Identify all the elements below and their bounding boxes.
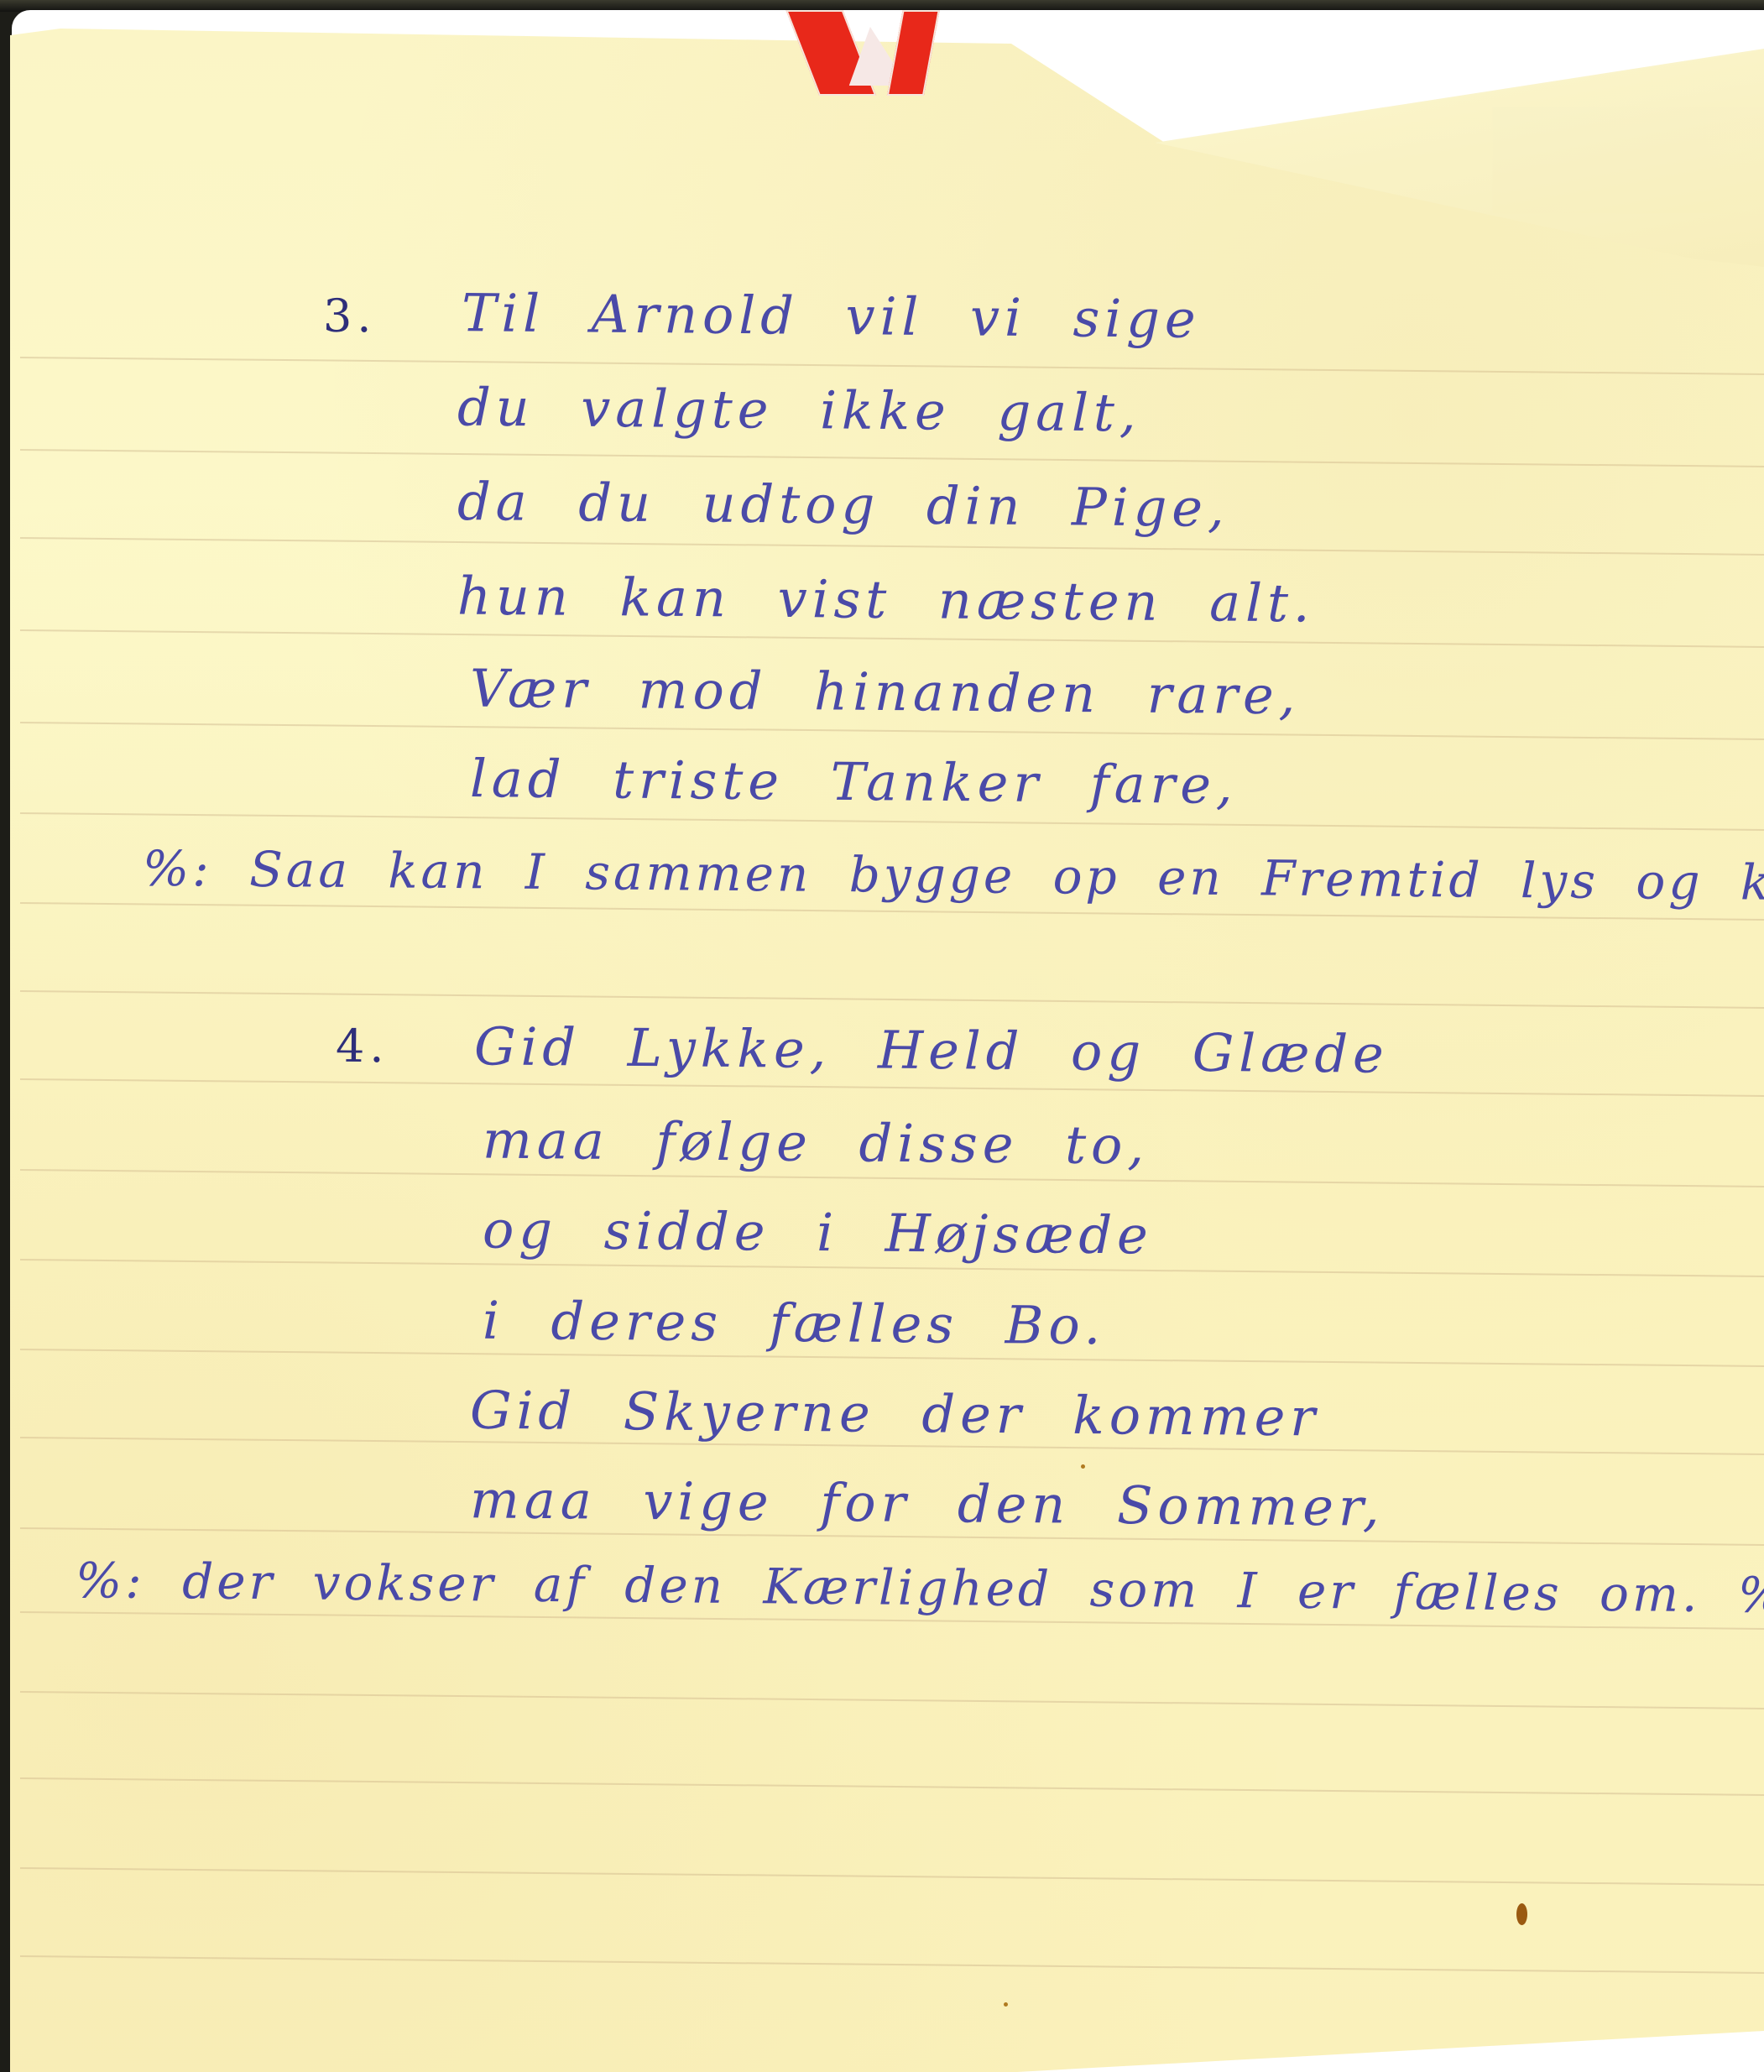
ruled-line <box>20 812 1764 831</box>
stanza-number: 3. <box>323 290 377 343</box>
red-white-ribbon <box>788 10 997 92</box>
ruled-line <box>20 629 1764 648</box>
verse-line: i deres fælles Bo. <box>483 1290 1106 1356</box>
ribbon-band <box>887 10 940 96</box>
ruled-line <box>20 357 1764 375</box>
ink-speck <box>1004 2002 1008 2007</box>
ruled-line <box>20 990 1764 1009</box>
verse-line: Til Arnold vil vi sige <box>462 282 1201 350</box>
ruled-line <box>20 1867 1764 1886</box>
verse-line: du valgte ikke galt, <box>457 376 1141 443</box>
ruled-line <box>20 449 1764 467</box>
ink-stain <box>1516 1903 1527 1925</box>
ruled-line <box>20 1777 1764 1796</box>
ruled-line <box>20 1078 1764 1097</box>
verse-line: og sidde i Højsæde <box>483 1199 1153 1266</box>
ruled-line <box>20 722 1764 740</box>
verse-line: da du udtog din Pige, <box>457 471 1229 539</box>
verse-line: hun kan vist næsten alt. <box>457 566 1315 634</box>
stanza-number: 4. <box>336 1020 389 1073</box>
verse-line: maa følge disse to, <box>483 1109 1150 1177</box>
verse-line: Gid Lykke, Held og Glæde <box>474 1015 1389 1085</box>
verse-line: lad triste Tanker fare, <box>470 748 1238 816</box>
ink-speck <box>1081 1464 1085 1469</box>
ruled-line <box>20 1955 1764 1974</box>
ruled-line <box>20 537 1764 556</box>
verse-line: maa vige for den Sommer, <box>470 1469 1385 1538</box>
verse-line: Gid Skyerne der kommer <box>470 1380 1321 1448</box>
ruled-line <box>20 1691 1764 1709</box>
verse-line: Vær mod hinanden rare, <box>470 658 1301 727</box>
